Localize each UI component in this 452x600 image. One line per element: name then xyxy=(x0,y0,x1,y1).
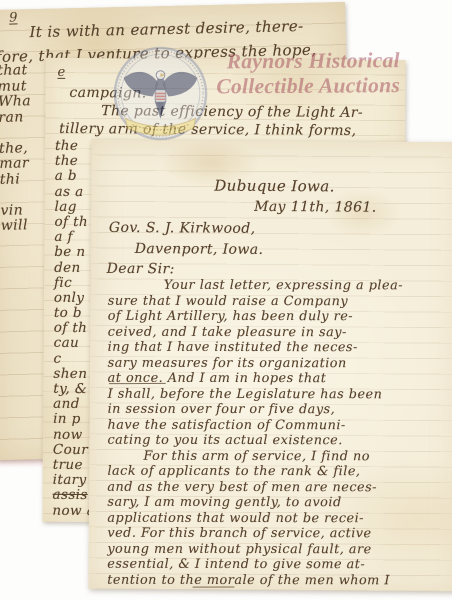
page-number-mark: 9 xyxy=(9,10,18,25)
handwritten-line: in session over four or five days, xyxy=(108,402,452,418)
handwritten-fragment: ran xyxy=(0,110,32,126)
handwritten-line: applications that would not be recei- xyxy=(107,510,452,526)
letter-place-line: Dubuque Iowa. xyxy=(214,177,335,196)
letter-address-city: Davenport, Iowa. xyxy=(135,241,264,258)
letter-addressee-line: Gov. S. J. Kirkwood, xyxy=(109,220,256,237)
auction-house-watermark: Raynors Historical Collectible Auctions xyxy=(148,48,400,99)
handwritten-line: lack of applicants to the rank & file, xyxy=(107,464,452,480)
handwritten-line: For this arm of service, I find no xyxy=(107,448,452,464)
handwritten-line: cating to you its actual existence. xyxy=(108,433,452,449)
handwritten-fragment: will xyxy=(1,218,34,234)
handwritten-line: ing that I have instituted the neces- xyxy=(108,340,452,356)
letter-date-line: May 11th, 1861. xyxy=(254,199,377,216)
handwritten-line: ved. For this branch of service, active xyxy=(107,526,452,542)
handwritten-line: young men without physical fault, are xyxy=(107,541,452,557)
handwritten-line: sary, I am moving gently, to avoid xyxy=(107,495,452,511)
handwritten-line: sary measures for its organization xyxy=(108,355,452,371)
handwritten-line: tention to the morale of the men whom I xyxy=(107,572,452,588)
handwritten-line: ceived, and I take pleasure in say- xyxy=(108,324,452,340)
page-number-mark: e xyxy=(57,65,65,80)
handwritten-fragment: vin xyxy=(0,203,33,219)
handwritten-line: sure that I would raise a Company xyxy=(108,293,452,309)
margin-fragments: thatmutWharanthe,marthivinwill xyxy=(0,63,34,234)
handwritten-fragment xyxy=(0,125,32,141)
letter-salutation: Dear Sir: xyxy=(107,261,175,277)
handwritten-fragment: thi xyxy=(0,172,33,188)
handwritten-fragment: mar xyxy=(0,156,33,172)
handwritten-fragment: Wha xyxy=(0,94,31,110)
handwritten-line: Your last letter, expressing a plea- xyxy=(108,278,452,294)
handwritten-line: essential, & I intend to give some at- xyxy=(107,557,452,573)
handwritten-fragment: that xyxy=(0,63,30,79)
handwritten-fragment xyxy=(0,187,33,203)
letter-page-front: Dubuque Iowa. May 11th, 1861. Gov. S. J.… xyxy=(88,140,452,592)
document-photo-canvas: 9 It is with an earnest desire, there- f… xyxy=(0,0,452,600)
handwritten-line: and as the very best of men are neces- xyxy=(107,479,452,495)
watermark-line: Collectible Auctions xyxy=(148,73,400,99)
handwritten-line: at once. And I am in hopes that xyxy=(108,371,452,387)
handwritten-line: of Light Artillery, has been duly re- xyxy=(108,309,452,325)
handwritten-line: It is with an earnest desire, there- xyxy=(29,17,303,41)
handwritten-line: have the satisfaction of Communi- xyxy=(108,417,452,433)
handwritten-line: I shall, before the Legislature has been xyxy=(108,386,452,402)
letter-body: Your last letter, expressing a plea-sure… xyxy=(107,278,452,589)
watermark-line: Raynors Historical xyxy=(148,48,400,74)
